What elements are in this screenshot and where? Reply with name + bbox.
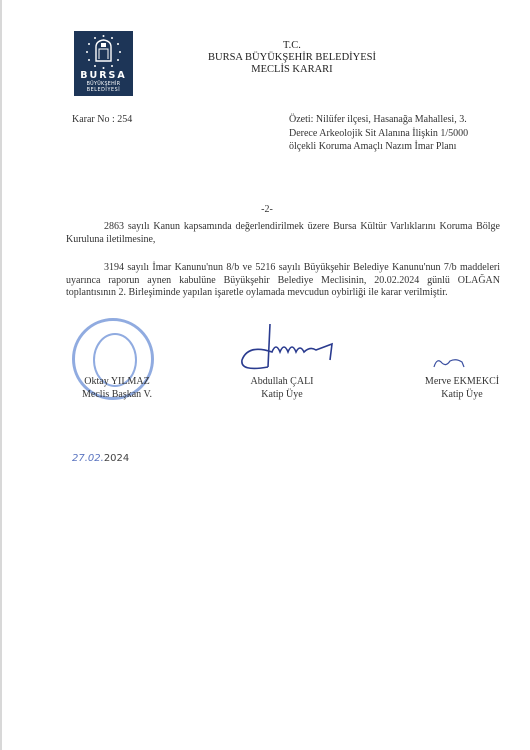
signature-clerk-1: Abdullah ÇALI Katip Üye xyxy=(227,375,337,401)
signature-clerk-2: Merve EKMEKCİ Katip Üye xyxy=(402,375,522,401)
date-handwritten: 27.02. xyxy=(72,453,104,464)
document-date: 27.02.2024 xyxy=(72,453,129,464)
summary-line-2: Derece Arkeolojik Sit Alanına İlişkin 1/… xyxy=(289,127,509,141)
date-printed: 2024 xyxy=(104,453,129,464)
signer-title: Katip Üye xyxy=(227,388,337,401)
signer-title: Katip Üye xyxy=(402,388,522,401)
summary-line-1: Özeti: Nilüfer ilçesi, Hasanağa Mahalles… xyxy=(289,113,509,127)
signer-title: Meclis Başkan V. xyxy=(62,388,172,401)
body-paragraph-1: 2863 sayılı Kanun kapsamında değerlendir… xyxy=(66,221,500,246)
header-institution: BURSA BÜYÜKŞEHİR BELEDİYESİ xyxy=(182,52,402,64)
document-header: T.C. BURSA BÜYÜKŞEHİR BELEDİYESİ MECLİS … xyxy=(182,40,402,76)
signer-name: Oktay YILMAZ xyxy=(62,375,172,388)
logo-text-belediyesi: BELEDİYESİ xyxy=(74,88,133,93)
logo-text-bursa: BURSA xyxy=(74,70,133,81)
summary-line-3: ölçekli Koruma Amaçlı Nazım İmar Planı xyxy=(289,140,509,154)
decision-summary: Özeti: Nilüfer ilçesi, Hasanağa Mahalles… xyxy=(289,113,509,154)
signature-scribble-icon xyxy=(230,322,345,382)
body-paragraph-2: 3194 sayılı İmar Kanunu'nun 8/b ve 5216 … xyxy=(66,262,500,300)
header-tc: T.C. xyxy=(182,40,402,52)
logo-text-buyuksehir: BÜYÜKŞEHİR xyxy=(74,82,133,87)
signature-chairman: Oktay YILMAZ Meclis Başkan V. xyxy=(62,375,172,401)
signer-name: Merve EKMEKCİ xyxy=(402,375,522,388)
decision-number: Karar No : 254 xyxy=(72,114,132,125)
signature-initials-icon xyxy=(432,355,472,369)
emblem-icon xyxy=(74,31,133,71)
document-page: BURSA BÜYÜKŞEHİR BELEDİYESİ T.C. BURSA B… xyxy=(0,0,530,750)
page-number: -2- xyxy=(2,204,530,215)
header-title: MECLİS KARARI xyxy=(182,64,402,76)
signer-name: Abdullah ÇALI xyxy=(227,375,337,388)
bursa-municipality-logo: BURSA BÜYÜKŞEHİR BELEDİYESİ xyxy=(74,31,133,96)
